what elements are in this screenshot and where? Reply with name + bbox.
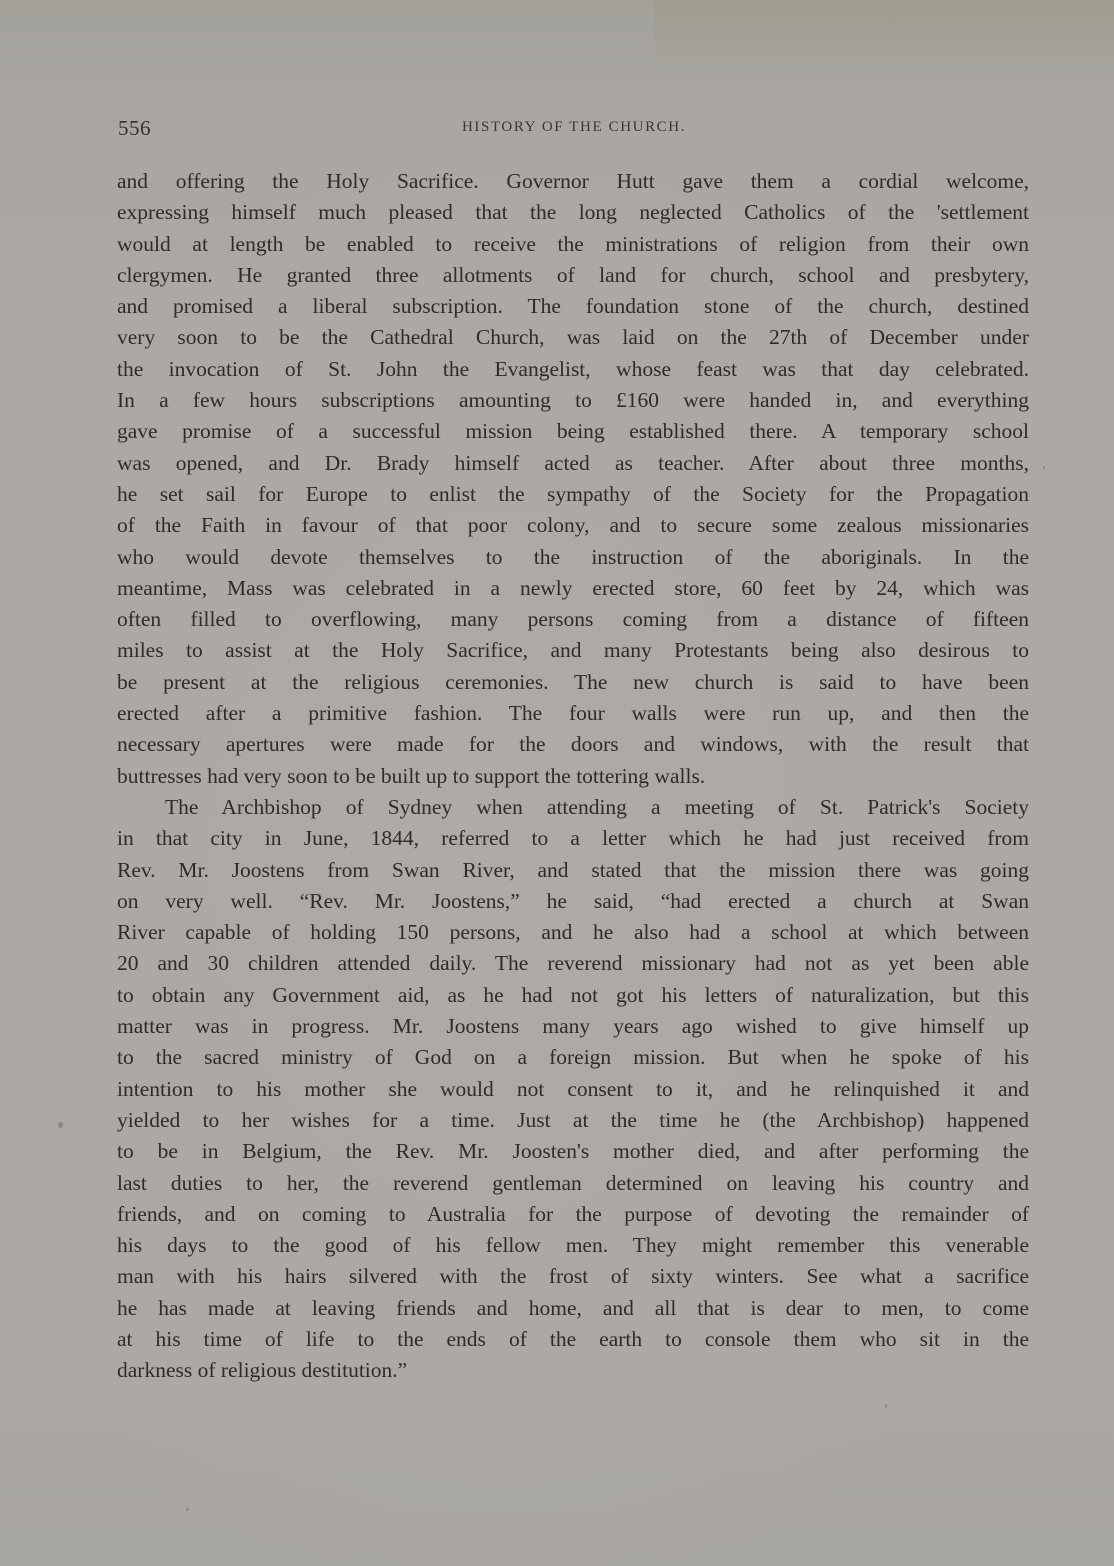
running-head: 556 HISTORY OF THE CHURCH.	[118, 116, 1030, 142]
text-line: and promised a liberal subscription. The…	[117, 291, 1029, 322]
text-line: yielded to her wishes for a time. Just a…	[117, 1105, 1029, 1136]
text-line: on very well. “Rev. Mr. Joostens,” he sa…	[117, 886, 1029, 917]
text-line: friends, and on coming to Australia for …	[117, 1199, 1029, 1230]
text-line: last duties to her, the reverend gentlem…	[117, 1168, 1029, 1199]
text-line: necessary apertures were made for the do…	[117, 729, 1029, 760]
body-text: and offering the Holy Sacrifice. Governo…	[117, 166, 1029, 1387]
text-line: very soon to be the Cathedral Church, wa…	[117, 322, 1029, 353]
text-line: at his time of life to the ends of the e…	[117, 1324, 1029, 1355]
paper-speck	[58, 1122, 63, 1128]
paper-speck	[1043, 466, 1045, 469]
text-line: often filled to overflowing, many person…	[117, 604, 1029, 635]
text-line: his days to the good of his fellow men. …	[117, 1230, 1029, 1261]
page-discoloration	[654, 0, 1114, 80]
text-line: Rev. Mr. Joostens from Swan River, and s…	[117, 855, 1029, 886]
text-line: man with his hairs silvered with the fro…	[117, 1261, 1029, 1292]
text-line: buttresses had very soon to be built up …	[117, 761, 1029, 792]
text-line: to the sacred ministry of God on a forei…	[117, 1042, 1029, 1073]
paper-speck	[885, 1404, 887, 1408]
text-line: intention to his mother she would not co…	[117, 1074, 1029, 1105]
text-line: he has made at leaving friends and home,…	[117, 1293, 1029, 1324]
text-line: 20 and 30 children attended daily. The r…	[117, 948, 1029, 979]
text-line: he set sail for Europe to enlist the sym…	[117, 479, 1029, 510]
text-line: meantime, Mass was celebrated in a newly…	[117, 573, 1029, 604]
paragraph-1: and offering the Holy Sacrifice. Governo…	[117, 166, 1029, 792]
text-line: of the Faith in favour of that poor colo…	[117, 510, 1029, 541]
text-line: the invocation of St. John the Evangelis…	[117, 354, 1029, 385]
text-line: in that city in June, 1844, referred to …	[117, 823, 1029, 854]
paragraph-2: The Archbishop of Sydney when attending …	[117, 792, 1029, 1387]
text-line: would at length be enabled to receive th…	[117, 229, 1029, 260]
text-line: erected after a primitive fashion. The f…	[117, 698, 1029, 729]
text-line: River capable of holding 150 persons, an…	[117, 917, 1029, 948]
text-line: matter was in progress. Mr. Joostens man…	[117, 1011, 1029, 1042]
paper-speck	[186, 1508, 189, 1511]
text-line: be present at the religious ceremonies. …	[117, 667, 1029, 698]
text-line: miles to assist at the Holy Sacrifice, a…	[117, 635, 1029, 666]
text-line: was opened, and Dr. Brady himself acted …	[117, 448, 1029, 479]
text-line: darkness of religious destitution.”	[117, 1355, 1029, 1386]
text-line: to be in Belgium, the Rev. Mr. Joosten's…	[117, 1136, 1029, 1167]
text-line: who would devote themselves to the instr…	[117, 542, 1029, 573]
text-line: The Archbishop of Sydney when attending …	[117, 792, 1029, 823]
running-title: HISTORY OF THE CHURCH.	[118, 119, 1030, 136]
text-line: clergymen. He granted three allotments o…	[117, 260, 1029, 291]
text-line: In a few hours subscriptions amounting t…	[117, 385, 1029, 416]
text-line: and offering the Holy Sacrifice. Governo…	[117, 166, 1029, 197]
text-line: gave promise of a successful mission bei…	[117, 416, 1029, 447]
text-line: expressing himself much pleased that the…	[117, 197, 1029, 228]
text-line: to obtain any Government aid, as he had …	[117, 980, 1029, 1011]
